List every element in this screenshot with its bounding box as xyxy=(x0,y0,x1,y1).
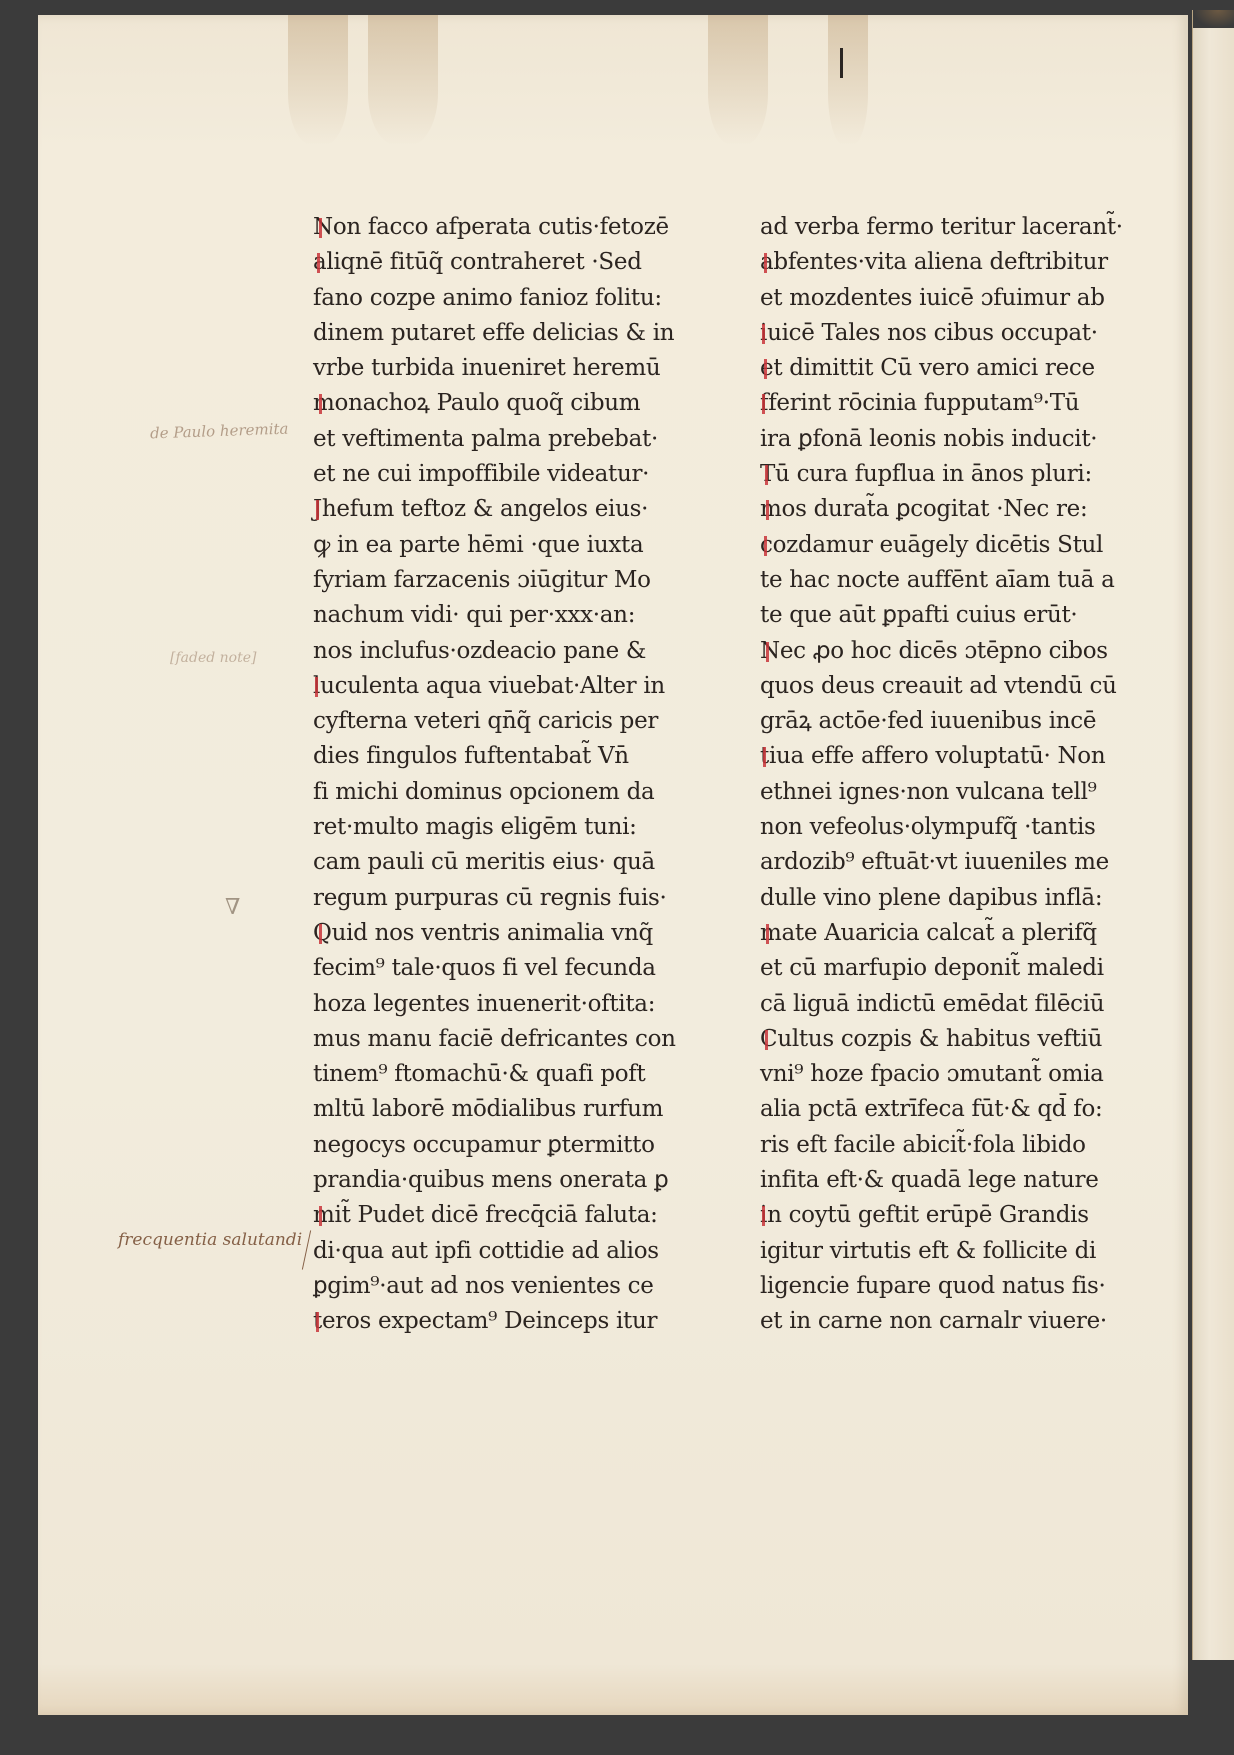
text-line: ris eft facile abicit̃·fola libido xyxy=(760,1128,1160,1163)
rubricated-initial: m xyxy=(313,1202,335,1228)
rubricated-initial: C xyxy=(760,1026,777,1052)
text-line: monachoꝝ Paulo quoq̃ cibum xyxy=(313,386,713,421)
text-line: fyriam farzacenis ɔiūgitur Mo xyxy=(313,563,713,598)
rubricated-initial: t xyxy=(313,1308,322,1334)
text-line: mus manu faciē defricantes con xyxy=(313,1022,713,1057)
text-line: regum purpuras cū regnis fuis· xyxy=(313,881,713,916)
text-line: Jhefum teftoz & angelos eius· xyxy=(313,492,713,527)
text-line: te que aūt ꝑpafti cuius erūt· xyxy=(760,598,1160,633)
text-line: abfentes·vita aliena deftribitur xyxy=(760,245,1160,280)
text-line: in coytū geftit erūpē Grandis xyxy=(760,1198,1160,1233)
text-line: mate Auaricia calcat̃ a plerifq̃ xyxy=(760,916,1160,951)
text-line: fi michi dominus opcionem da xyxy=(313,775,713,810)
folio-mark xyxy=(840,48,843,78)
text-line: Non facco afperata cutis·fetozē xyxy=(313,210,713,245)
text-line: Cultus cozpis & habitus veftiū xyxy=(760,1022,1160,1057)
text-line: ethnei ignes·non vulcana tell⁹ xyxy=(760,775,1160,810)
rubricated-initial: T xyxy=(760,461,775,487)
text-line: ardozib⁹ eftuāt·vt iuueniles me xyxy=(760,845,1160,880)
text-line: tiua effe affero voluptatū· Non xyxy=(760,739,1160,774)
water-stain xyxy=(368,15,438,145)
text-line: fecim⁹ tale·quos fi vel fecunda xyxy=(313,951,713,986)
rubricated-initial: c xyxy=(760,532,773,558)
rubricated-initial: Q xyxy=(313,920,332,946)
text-line: et cū marfupio deponit̃ maledi xyxy=(760,951,1160,986)
text-line: cam pauli cū meritis eius· quā xyxy=(313,845,713,880)
text-line: Quid nos ventris animalia vnq̃ xyxy=(313,916,713,951)
text-line: et mozdentes iuicē ɔfuimur ab xyxy=(760,281,1160,316)
text-line: alia pctā extrīfeca fūt·& qd̄ fo: xyxy=(760,1092,1160,1127)
text-line: dinem putaret effe delicias & in xyxy=(313,316,713,351)
rubricated-initial: i xyxy=(760,320,767,346)
text-column-left: Non facco afperata cutis·fetozēaliqnē fi… xyxy=(313,210,713,1340)
rubricated-initial: t xyxy=(760,743,769,769)
text-line: cā liguā indictū emēdat filēciū xyxy=(760,987,1160,1022)
rubricated-initial: N xyxy=(313,214,333,240)
text-line: cyfterna veteri qn̄q̃ caricis per xyxy=(313,704,713,739)
text-line: et veftimenta palma prebebat· xyxy=(313,422,713,457)
text-line: mltū laborē mōdialibus rurfum xyxy=(313,1092,713,1127)
rubricated-initial: m xyxy=(760,496,782,522)
text-line: mos durat̃a ꝑcogitat ·Nec re: xyxy=(760,492,1160,527)
marginal-note: frecquentia salutandi xyxy=(118,1230,307,1270)
rubricated-initial: a xyxy=(760,249,773,275)
text-line: nos inclufus·ozdeacio pane & xyxy=(313,634,713,669)
text-line: hoza legentes inuenerit·oftita: xyxy=(313,987,713,1022)
text-line: infita eft·& quadā lege nature xyxy=(760,1163,1160,1198)
rubricated-initial: N xyxy=(760,638,780,664)
text-line: dies fingulos fuftentabat̃ Vn̄ xyxy=(313,739,713,774)
text-column-right: ad verba fermo teritur lacerant̃·abfente… xyxy=(760,210,1160,1340)
water-stain xyxy=(288,15,348,145)
text-line: quos deus creauit ad vtendū cū xyxy=(760,669,1160,704)
text-line: negocys occupamur ꝑtermitto xyxy=(313,1128,713,1163)
water-stain xyxy=(828,15,868,145)
text-line: dulle vino plene dapibus inflā: xyxy=(760,881,1160,916)
text-line: di·qua aut ipfi cottidie ad alios xyxy=(313,1234,713,1269)
rubricated-initial: i xyxy=(760,1202,767,1228)
rubricated-initial: a xyxy=(313,249,326,275)
text-line: et dimittit Cū vero amici rece xyxy=(760,351,1160,386)
text-line: luculenta aqua viuebat·Alter in xyxy=(313,669,713,704)
text-line: ira ꝑfonā leonis nobis inducit· xyxy=(760,422,1160,457)
text-line: tinem⁹ ftomachū·& quafi poft xyxy=(313,1057,713,1092)
text-line: mit̃ Pudet dicē frecq̄ciā faluta: xyxy=(313,1198,713,1233)
text-line: te hac nocte auffēnt aīam tuā a xyxy=(760,563,1160,598)
marginal-mark: ∇ xyxy=(225,895,240,920)
text-line: Tū cura fupflua in ānos pluri: xyxy=(760,457,1160,492)
marginal-note-text: frecquentia salutandi xyxy=(118,1230,302,1250)
adjacent-page-edge xyxy=(1192,10,1234,1660)
rubricated-initial: m xyxy=(313,390,335,416)
text-line: ret·multo magis eligēm tuni: xyxy=(313,810,713,845)
rubricated-initial: e xyxy=(760,355,773,381)
text-line: ligencie fupare quod natus fis· xyxy=(760,1269,1160,1304)
rubricated-initial: l xyxy=(313,673,320,699)
binding-edge xyxy=(1193,10,1234,28)
text-line: aliqnē fitūq̃ contraheret ·Sed xyxy=(313,245,713,280)
text-line: grāꝝ actōe·fed iuuenibus incē xyxy=(760,704,1160,739)
text-line: non vefeolus·olympufq̃ ·tantis xyxy=(760,810,1160,845)
text-line: ꝙ in ea parte hēmi ·que iuxta xyxy=(313,528,713,563)
text-line: ad verba fermo teritur lacerant̃· xyxy=(760,210,1160,245)
rubricated-initial: m xyxy=(760,920,782,946)
text-line: cozdamur euāgely dicētis Stul xyxy=(760,528,1160,563)
text-line: nachum vidi· qui per·xxx·an: xyxy=(313,598,713,633)
text-line: et in carne non carnalr viuere· xyxy=(760,1304,1160,1339)
text-line: igitur virtutis eft & follicite di xyxy=(760,1234,1160,1269)
text-line: fferint rōcinia fupputam⁹·Tū xyxy=(760,386,1160,421)
text-line: ꝑgim⁹·aut ad nos venientes ce xyxy=(313,1269,713,1304)
rubricated-initial: J xyxy=(313,496,322,522)
water-stain xyxy=(708,15,768,145)
text-line: Nec ꝓo hoc dicēs ɔtēpno cibos xyxy=(760,634,1160,669)
text-line: et ne cui impoffibile videatur· xyxy=(313,457,713,492)
text-line: fano cozpe animo fanioz folitu: xyxy=(313,281,713,316)
text-line: teros expectam⁹ Deinceps itur xyxy=(313,1304,713,1339)
rubricated-initial: f xyxy=(760,390,768,416)
text-line: prandia·quibus mens onerata ꝑ xyxy=(313,1163,713,1198)
text-line: vni⁹ hoze fpacio ɔmutant̃ omia xyxy=(760,1057,1160,1092)
marginal-note: [faded note] xyxy=(170,650,256,666)
text-line: vrbe turbida inueniret heremū xyxy=(313,351,713,386)
text-line: iuicē Tales nos cibus occupat· xyxy=(760,316,1160,351)
